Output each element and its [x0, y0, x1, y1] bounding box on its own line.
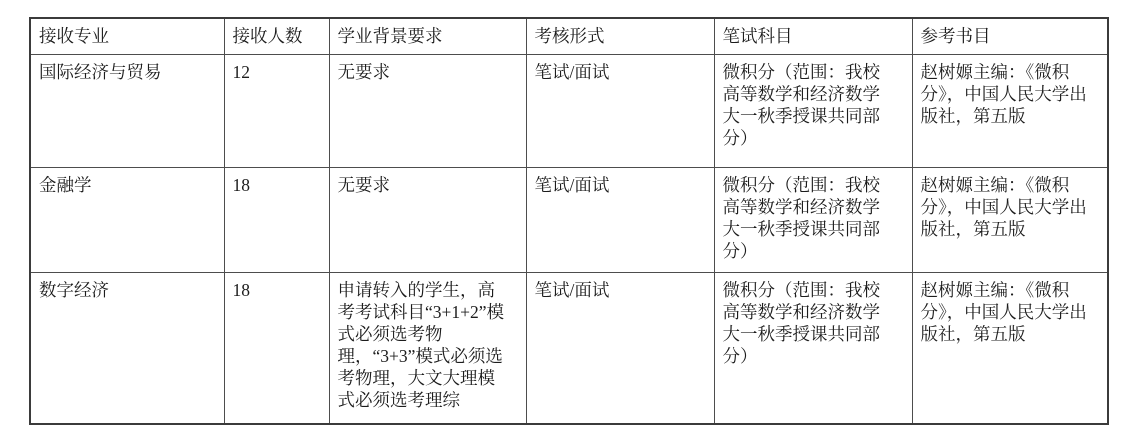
cell-quota: 18 — [224, 272, 329, 424]
cell-major: 数字经济 — [30, 272, 224, 424]
column-header-reference-books: 参考书目 — [912, 18, 1108, 54]
table-row: 国际经济与贸易 12 无要求 笔试/面试 微积分（范围：我校高等数学和经济数学大… — [30, 54, 1108, 167]
cell-written-exam-subject: 微积分（范围：我校高等数学和经济数学大一秋季授课共同部分） — [714, 272, 912, 424]
table-row: 数字经济 18 申请转入的学生，高考考试科目“3+1+2”模式必须选考物理，“3… — [30, 272, 1108, 424]
column-header-quota: 接收人数 — [224, 18, 329, 54]
column-header-major: 接收专业 — [30, 18, 224, 54]
column-header-background-requirement: 学业背景要求 — [329, 18, 526, 54]
cell-reference-books: 赵树嫄主编：《微积分》，中国人民大学出版社，第五版 — [912, 167, 1108, 272]
cell-assessment-format: 笔试/面试 — [526, 272, 714, 424]
transfer-admission-table: 接收专业 接收人数 学业背景要求 考核形式 笔试科目 参考书目 国际经济与贸易 … — [29, 17, 1109, 425]
cell-written-exam-subject: 微积分（范围：我校高等数学和经济数学大一秋季授课共同部分） — [714, 167, 912, 272]
cell-written-exam-subject: 微积分（范围：我校高等数学和经济数学大一秋季授课共同部分） — [714, 54, 912, 167]
cell-assessment-format: 笔试/面试 — [526, 167, 714, 272]
table-row: 金融学 18 无要求 笔试/面试 微积分（范围：我校高等数学和经济数学大一秋季授… — [30, 167, 1108, 272]
cell-quota: 12 — [224, 54, 329, 167]
page: 接收专业 接收人数 学业背景要求 考核形式 笔试科目 参考书目 国际经济与贸易 … — [0, 0, 1132, 438]
cell-assessment-format: 笔试/面试 — [526, 54, 714, 167]
cell-reference-books: 赵树嫄主编：《微积分》，中国人民大学出版社，第五版 — [912, 272, 1108, 424]
cell-major: 国际经济与贸易 — [30, 54, 224, 167]
cell-background-requirement: 无要求 — [329, 167, 526, 272]
cell-quota: 18 — [224, 167, 329, 272]
cell-major: 金融学 — [30, 167, 224, 272]
cell-background-requirement: 无要求 — [329, 54, 526, 167]
column-header-assessment-format: 考核形式 — [526, 18, 714, 54]
header-row: 接收专业 接收人数 学业背景要求 考核形式 笔试科目 参考书目 — [30, 18, 1108, 54]
cell-background-requirement: 申请转入的学生，高考考试科目“3+1+2”模式必须选考物理，“3+3”模式必须选… — [329, 272, 526, 424]
column-header-written-exam-subject: 笔试科目 — [714, 18, 912, 54]
cell-reference-books: 赵树嫄主编：《微积分》，中国人民大学出版社，第五版 — [912, 54, 1108, 167]
